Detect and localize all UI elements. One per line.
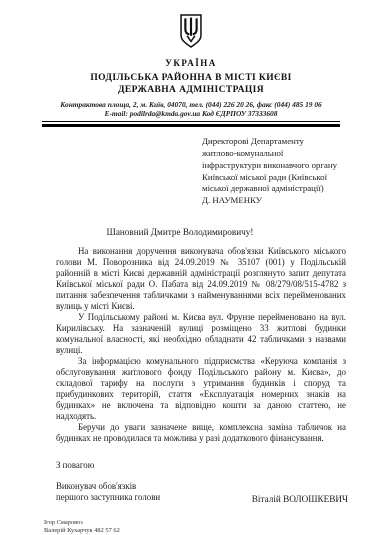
- recipient-line: Директорові Департаменту: [202, 136, 354, 148]
- signer-position-line2: першого заступника голови: [56, 492, 160, 504]
- email-edrpou-line: E-mail: podilrda@kmda.gov.ua Код ЄДРПОУ …: [0, 109, 382, 118]
- recipient-name: Д. НАУМЕНКУ: [202, 195, 354, 207]
- executor-line2: Валерій Кухарчук 482 57 62: [44, 527, 382, 535]
- executor-line1: Ігор Смаровоз: [44, 519, 382, 527]
- paragraph-4: Беручи до уваги зазначене вище, комплекс…: [56, 422, 346, 444]
- executor-block: Ігор Смаровоз Валерій Кухарчук 482 57 62: [44, 519, 382, 535]
- organization-name-line1: ПОДІЛЬСЬКА РАЙОННА В МІСТІ КИЄВІ: [0, 73, 382, 85]
- signer-name: Віталій ВОЛОШКЕВИЧ: [252, 494, 348, 504]
- signer-position-line1: Виконувач обов'язків: [56, 481, 160, 493]
- paragraph-1: На виконання доручення виконувача обов'я…: [56, 246, 346, 312]
- signature-block: Виконувач обов'язків першого заступника …: [56, 481, 348, 504]
- paragraph-3: За інформацією комунального підприємства…: [56, 356, 346, 422]
- country-name: УКРАЇНА: [0, 58, 382, 68]
- letter-page: УКРАЇНА ПОДІЛЬСЬКА РАЙОННА В МІСТІ КИЄВІ…: [0, 0, 382, 535]
- header-divider: [42, 121, 340, 127]
- organization-name-line2: ДЕРЖАВНА АДМІНІСТРАЦІЯ: [0, 85, 382, 97]
- contact-block: Контрактова площа, 2, м. Київ, 04070, те…: [0, 100, 382, 118]
- closing-salutation: З повагою: [56, 460, 346, 470]
- recipient-line: міської державної адміністрації): [202, 183, 354, 195]
- recipient-line: Київської міської ради (Київської: [202, 172, 354, 184]
- recipient-block: Директорові Департаменту житлово-комунал…: [202, 136, 354, 206]
- ukraine-trident-emblem: [178, 12, 204, 50]
- letterhead: УКРАЇНА ПОДІЛЬСЬКА РАЙОННА В МІСТІ КИЄВІ…: [0, 0, 382, 127]
- letter-body: На виконання доручення виконувача обов'я…: [56, 246, 346, 444]
- address-phone-line: Контрактова площа, 2, м. Київ, 04070, те…: [0, 100, 382, 109]
- salutation-line: Шановний Дмитре Володимировичу!: [0, 227, 382, 237]
- paragraph-2: У Подільському районі м. Києва вул. Фрун…: [56, 312, 346, 356]
- recipient-line: житлово-комунальної: [202, 148, 354, 160]
- recipient-line: інфраструктури виконавчого органу: [202, 160, 354, 172]
- signer-position: Виконувач обов'язків першого заступника …: [56, 481, 160, 504]
- organization-name: ПОДІЛЬСЬКА РАЙОННА В МІСТІ КИЄВІ ДЕРЖАВН…: [0, 73, 382, 96]
